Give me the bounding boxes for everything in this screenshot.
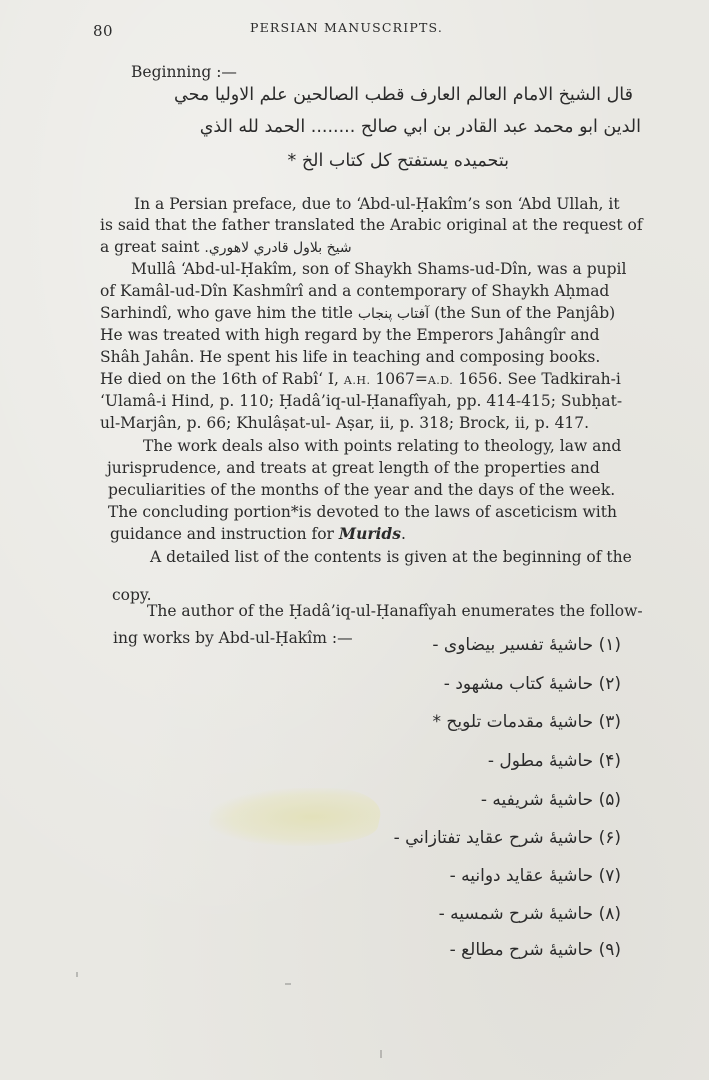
works-list-item: (۹) حاشيۀ شرح مطالع - [450, 939, 621, 961]
item-number: (۵) [599, 790, 621, 810]
works-list-item: (۱) حاشيۀ تفسير بيضاوى - [432, 634, 621, 656]
item-title: حاشيۀ كتاب مشهود - [444, 674, 593, 694]
contents-line-3: peculiarities of the months of the year … [108, 480, 615, 500]
preface-line-3: a great saint شيخ بلاول قادري لاهوري. [100, 237, 352, 258]
beginning-label: Beginning :— [131, 62, 237, 82]
preface-line-2: is said that the father translated the A… [100, 215, 643, 235]
bio-line-7: ‘Ulamâ-i Hind, p. 110; Ḥadâ’iq-ul-Ḥanafî… [100, 391, 622, 411]
works-list-item: (۶) حاشيۀ شرح عقايد تفتازاني - [394, 827, 621, 849]
preface-line-3-text: a great saint [100, 238, 199, 256]
item-number: (۷) [599, 866, 621, 886]
bio-line-6-c: 1656. See Tadkirah-i [458, 370, 621, 388]
works-list-item: (۵) حاشيۀ شريفيه - [481, 789, 621, 811]
bio-line-1: Mullâ ‘Abd-ul-Ḥakîm, son of Shaykh Shams… [131, 259, 626, 279]
item-title: حاشيۀ شرح مطالع - [450, 940, 594, 960]
bio-line-4: He was treated with high regard by the E… [100, 325, 600, 345]
contents-line-1: The work deals also with points relating… [143, 436, 621, 456]
saint-name-arabic: شيخ بلاول قادري لاهوري. [204, 240, 351, 256]
works-list-item: (۲) حاشيۀ كتاب مشهود - [444, 673, 621, 695]
item-number: (۹) [599, 940, 621, 960]
murids-italic: Murids [339, 524, 401, 543]
contents-line-5: guidance and instruction for Murids. [110, 524, 406, 544]
detailed-list-line-2: copy. [112, 585, 152, 605]
works-list-item: (۸) حاشيۀ شرح شمسيه - [439, 903, 621, 925]
works-list-item: (۷) حاشيۀ عقايد دوانيه - [450, 865, 621, 887]
arabic-incipit-line-3: بتحميده يستفتح كل كتاب الخ * [288, 150, 509, 172]
item-number: (۳) [599, 712, 621, 732]
paper-speck [285, 983, 291, 985]
running-title: PERSIAN MANUSCRIPTS. [250, 20, 443, 35]
book-page: 80 PERSIAN MANUSCRIPTS. Beginning :— قال… [0, 0, 709, 1080]
bio-line-5: Shâh Jahân. He spent his life in teachin… [100, 347, 600, 367]
bio-line-6-b: 1067= [375, 370, 427, 388]
bio-line-3: Sarhindî, who gave him the title آفتاب پ… [100, 303, 615, 324]
item-title: حاشيۀ شريفيه - [481, 790, 593, 810]
paper-stain [204, 788, 386, 846]
page-number: 80 [93, 22, 113, 40]
works-intro-line-2: ing works by Abd-ul-Ḥakîm :— [113, 628, 353, 648]
item-title: حاشيۀ عقايد دوانيه - [450, 866, 594, 886]
bio-line-3-prefix: Sarhindî, who gave him the title [100, 304, 353, 322]
works-list-item: (۳) حاشيۀ مقدمات تلويح * [433, 711, 621, 733]
title-arabic: آفتاب پنجاب [358, 306, 429, 322]
paper-speck [380, 1050, 382, 1058]
contents-line-4: The concluding portion*is devoted to the… [108, 502, 617, 522]
item-number: (۴) [599, 751, 621, 771]
contents-line-5-prefix: guidance and instruction for [110, 525, 334, 543]
ah-abbrev: A.H. [344, 374, 371, 387]
works-intro-line-1: The author of the Ḥadâ’iq-ul-Ḥanafîyah e… [147, 601, 643, 621]
arabic-incipit-line-2: الدين ابو محمد عبد القادر بن ابي صالح ..… [200, 116, 641, 138]
bio-line-3-suffix: (the Sun of the Panjâb) [434, 304, 615, 322]
item-number: (۱) [599, 635, 621, 655]
contents-line-5-suffix: . [401, 525, 406, 543]
item-number: (۸) [599, 904, 621, 924]
arabic-incipit-line-1: قال الشيخ الامام العالم العارف قطب الصال… [174, 84, 633, 106]
item-number: (۲) [599, 674, 621, 694]
bio-line-6: He died on the 16th of Rabî‘ I, A.H. 106… [100, 369, 621, 391]
bio-line-6-a: He died on the 16th of Rabî‘ I, [100, 370, 339, 388]
item-title: حاشيۀ شرح عقايد تفتازاني - [394, 828, 594, 848]
bio-line-8: ul-Marjân, p. 66; Khulâṣat-ul- Aṣar, ii,… [100, 413, 589, 433]
item-title: حاشيۀ مقدمات تلويح * [433, 712, 594, 732]
ad-abbrev: A.D. [428, 374, 453, 387]
preface-line-1: In a Persian preface, due to ‘Abd-ul-Ḥak… [134, 194, 620, 214]
item-title: حاشيۀ تفسير بيضاوى - [432, 635, 593, 655]
bio-line-2: of Kamâl-ud-Dîn Kashmîrî and a contempor… [100, 281, 609, 301]
contents-line-2: jurisprudence, and treats at great lengt… [107, 458, 600, 478]
item-title: حاشيۀ شرح شمسيه - [439, 904, 594, 924]
paper-speck [76, 972, 78, 977]
item-number: (۶) [599, 828, 621, 848]
detailed-list-line-1: A detailed list of the contents is given… [150, 547, 632, 567]
works-list-item: (۴) حاشيۀ مطول - [488, 750, 621, 772]
item-title: حاشيۀ مطول - [488, 751, 593, 771]
